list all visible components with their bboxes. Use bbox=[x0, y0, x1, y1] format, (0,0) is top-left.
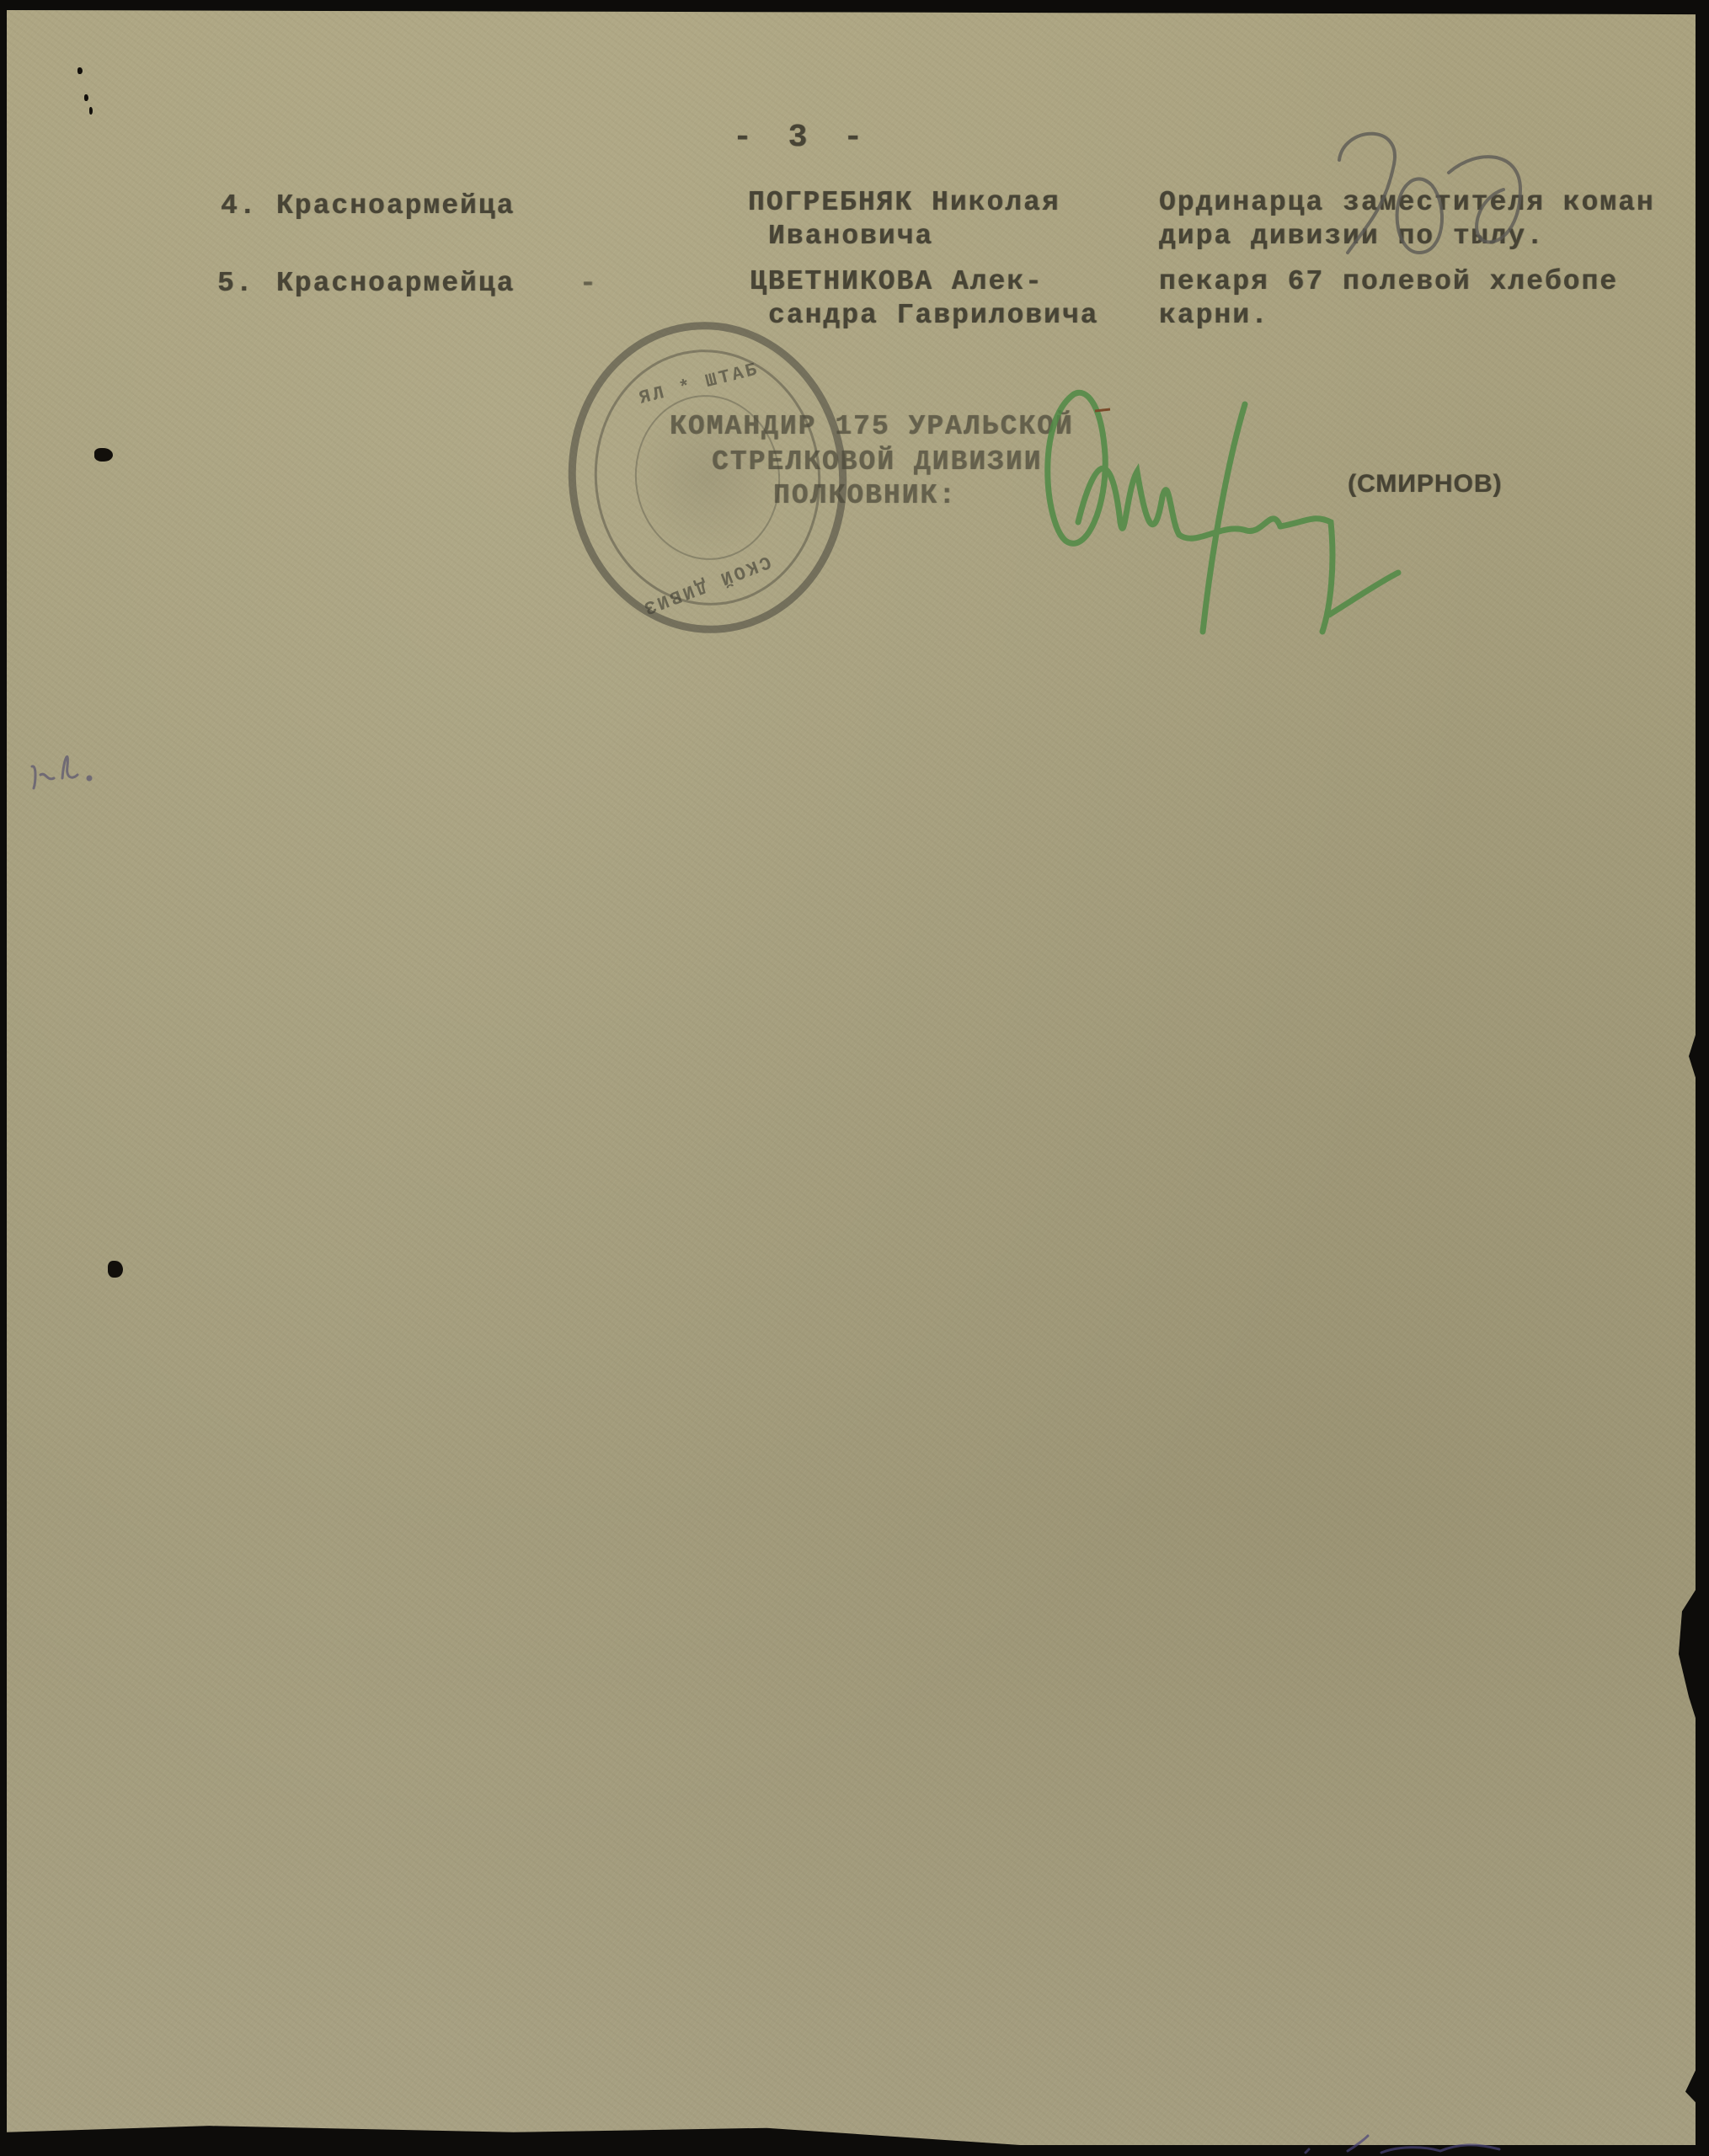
margin-handwritten-note bbox=[25, 741, 101, 800]
signature-title-line3: ПОЛКОВНИК: bbox=[773, 480, 957, 511]
bottom-handwritten-note bbox=[1297, 2131, 1567, 2156]
signature-title-line1: КОМАНДИР 175 УРАЛЬСКОЙ bbox=[670, 411, 1074, 442]
entry-5-rank-dash: - bbox=[579, 268, 598, 299]
handwritten-signature bbox=[1028, 354, 1533, 657]
entry-4-name-line2: Ивановича bbox=[768, 221, 933, 252]
entry-5-rank: Красноармейца bbox=[276, 268, 515, 299]
entry-4-index: 4. bbox=[221, 190, 258, 221]
entry-5-position-line1: пекаря 67 полевой хлебопе bbox=[1159, 266, 1618, 297]
red-pencil-tick bbox=[1095, 409, 1110, 411]
entry-5-index: 5. bbox=[217, 268, 254, 299]
page-number: - 3 - bbox=[733, 120, 871, 156]
pin-mark bbox=[84, 94, 88, 101]
entry-5-name-line2: сандра Гавриловича bbox=[768, 300, 1098, 331]
entry-5-position-line2: карни. bbox=[1159, 300, 1269, 331]
signature-title-line2: СТРЕЛКОВОЙ ДИВИЗИИ bbox=[712, 446, 1042, 478]
punch-hole-bottom bbox=[108, 1261, 123, 1278]
punch-hole-top bbox=[94, 448, 113, 462]
scanned-document: - 3 - 4. Красноармейца ПОГРЕБНЯК Николая… bbox=[0, 0, 1709, 2156]
entry-5-name-line1: ЦВЕТНИКОВА Алек- bbox=[750, 266, 1044, 297]
entry-4-name-line1: ПОГРЕБНЯК Николая bbox=[748, 187, 1060, 218]
entry-4-rank: Красноармейца bbox=[276, 190, 515, 221]
pin-mark bbox=[89, 107, 93, 115]
pin-marks bbox=[77, 67, 83, 74]
pencil-annotation-number bbox=[1310, 114, 1546, 265]
